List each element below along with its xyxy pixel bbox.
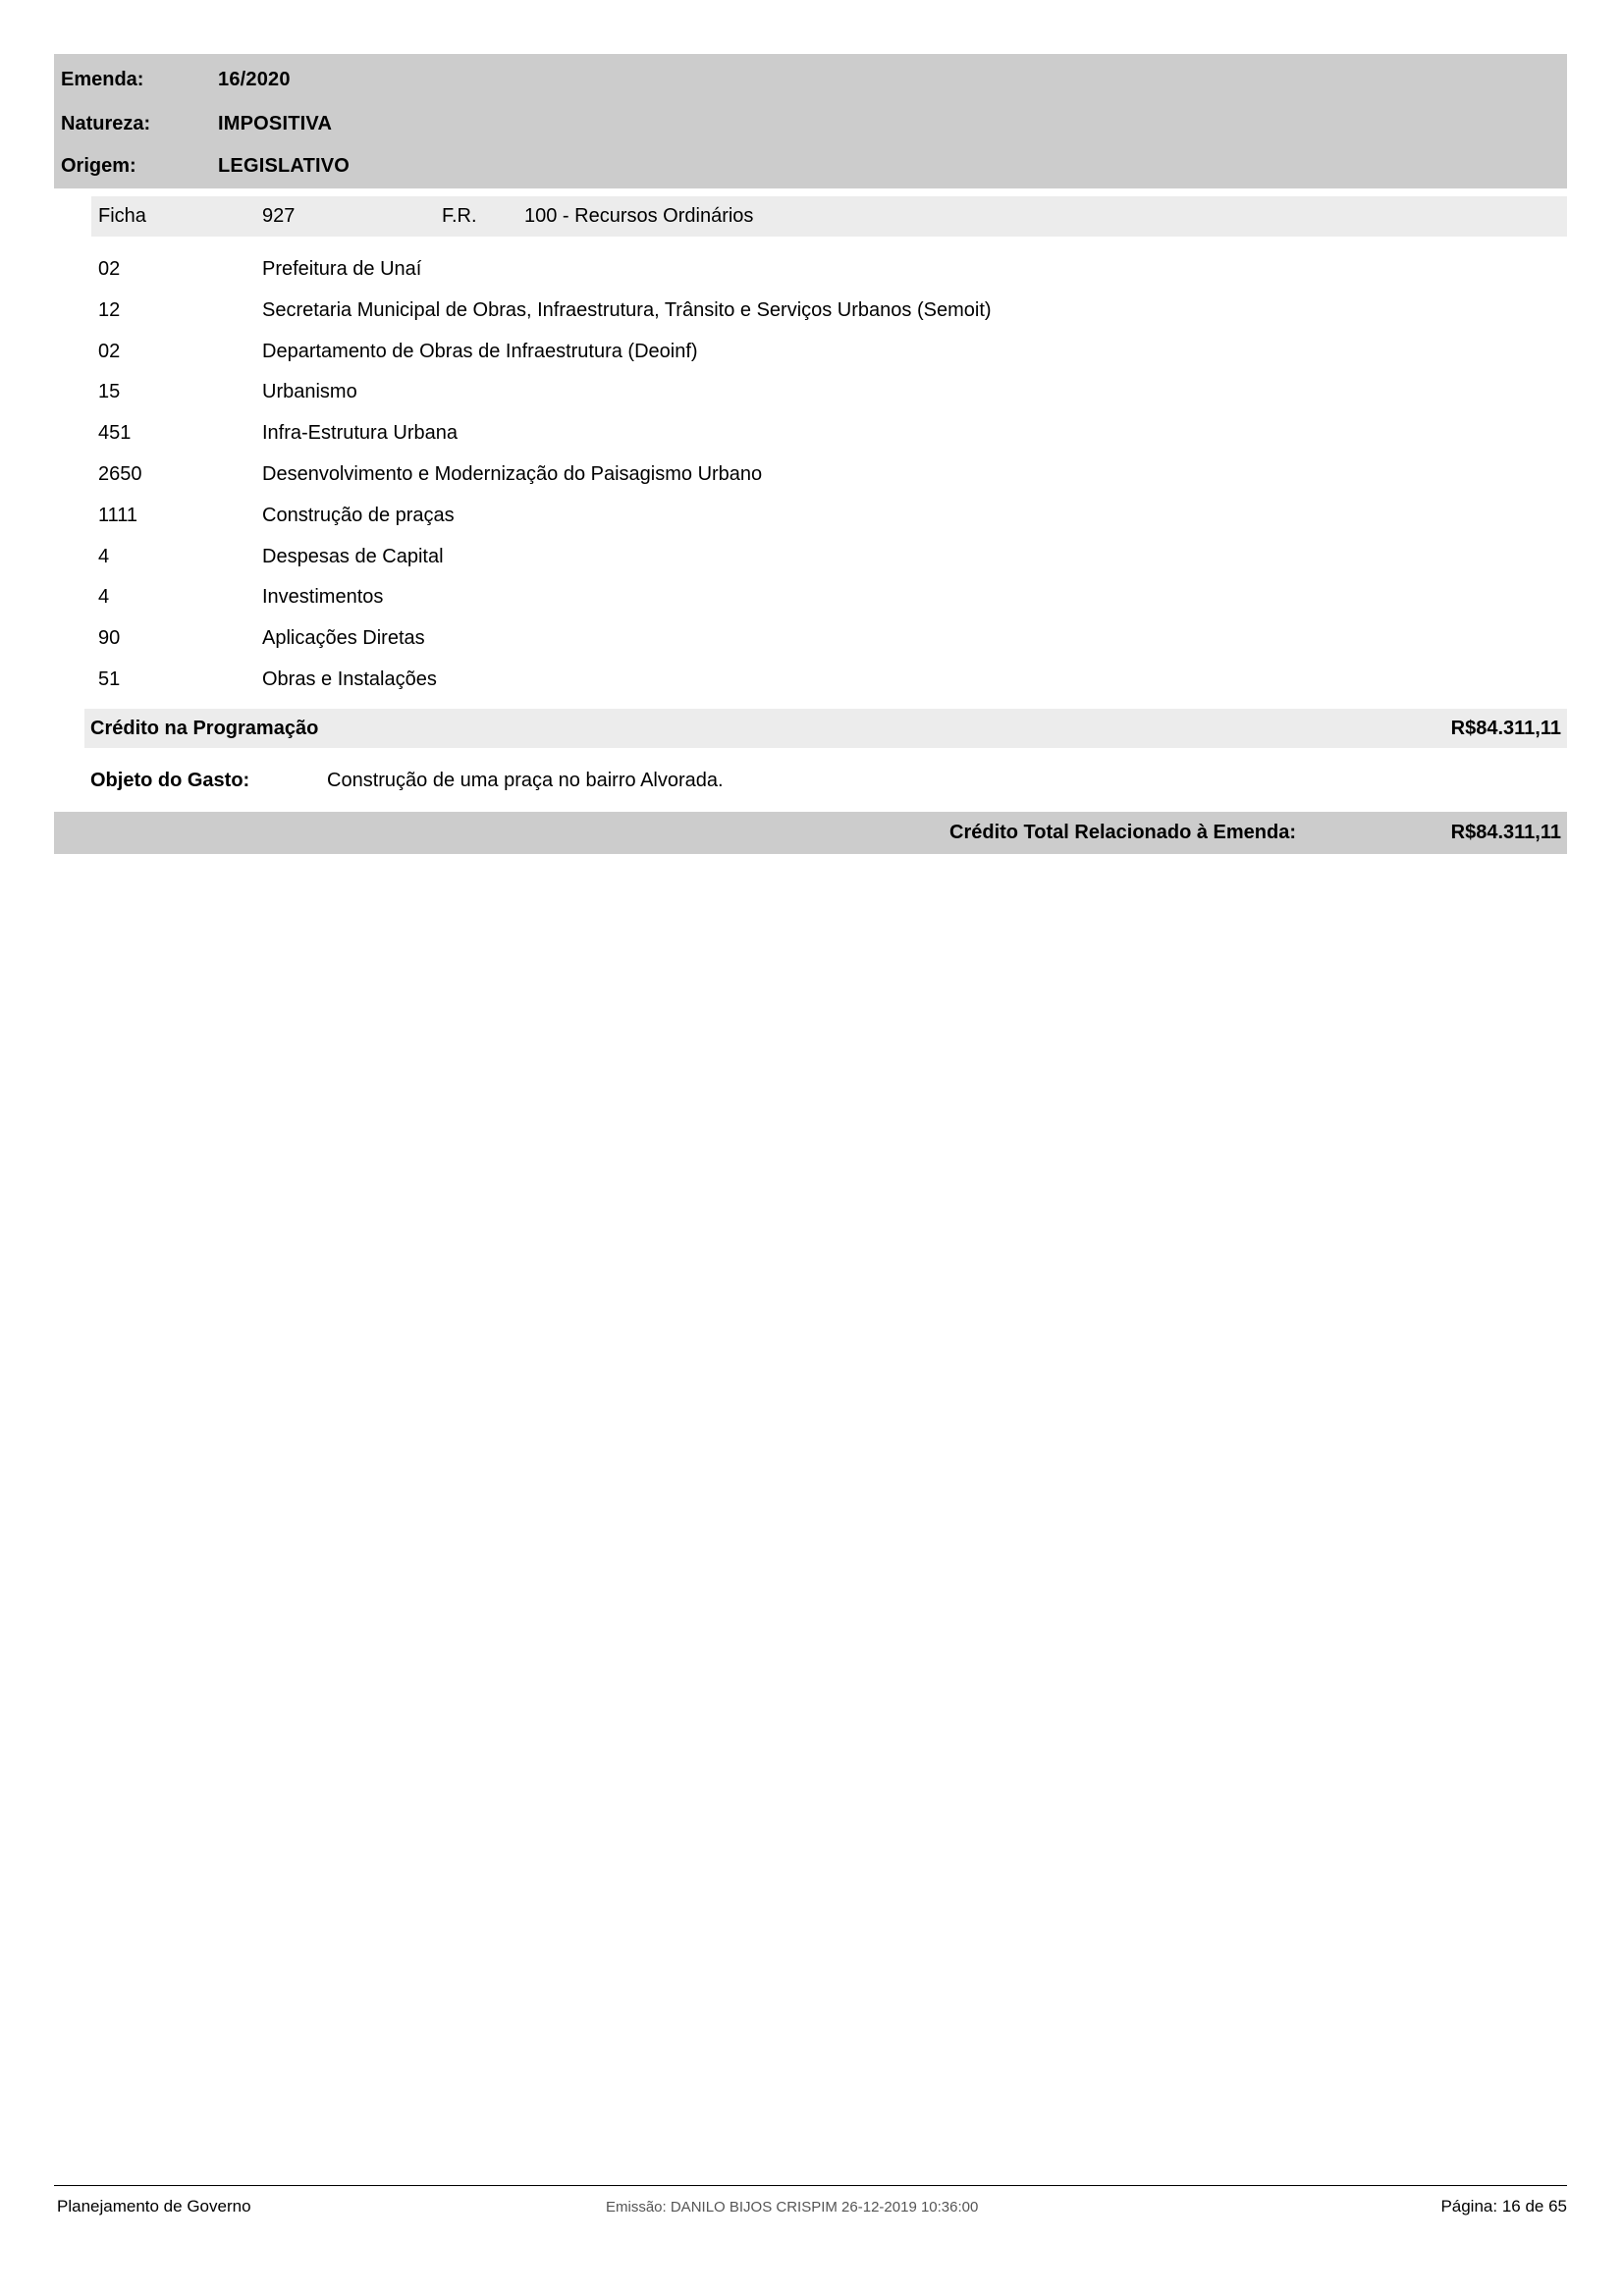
credit-row: Crédito na Programação R$84.311,11 [84, 709, 1567, 748]
classification-description: Secretaria Municipal de Obras, Infraestr… [262, 299, 992, 322]
ficha-row: Ficha 927 F.R. 100 - Recursos Ordinários [91, 196, 1567, 237]
footer-divider [54, 2185, 1567, 2186]
origem-label: Origem: [61, 155, 136, 178]
classification-code: 51 [98, 668, 120, 691]
credit-value: R$84.311,11 [1451, 718, 1561, 740]
classification-description: Infra-Estrutura Urbana [262, 422, 458, 445]
classification-code: 4 [98, 546, 109, 568]
objeto-value: Construção de uma praça no bairro Alvora… [327, 770, 724, 792]
classification-code: 1111 [98, 505, 137, 527]
credit-label: Crédito na Programação [90, 718, 318, 740]
classification-code: 02 [98, 341, 120, 363]
classification-description: Investimentos [262, 586, 383, 609]
emenda-label: Emenda: [61, 69, 143, 91]
classification-description: Urbanismo [262, 381, 357, 403]
footer-department: Planejamento de Governo [57, 2197, 251, 2216]
natureza-label: Natureza: [61, 113, 150, 135]
classification-code: 15 [98, 381, 120, 403]
classification-description: Prefeitura de Unaí [262, 258, 421, 281]
emenda-header: Emenda: 16/2020 Natureza: IMPOSITIVA Ori… [54, 54, 1567, 188]
total-bar: Crédito Total Relacionado à Emenda: R$84… [54, 812, 1567, 854]
total-value: R$84.311,11 [1451, 822, 1561, 844]
total-label: Crédito Total Relacionado à Emenda: [949, 822, 1296, 844]
classification-description: Construção de praças [262, 505, 455, 527]
classification-code: 02 [98, 258, 120, 281]
classification-description: Despesas de Capital [262, 546, 444, 568]
classification-code: 4 [98, 586, 109, 609]
natureza-value: IMPOSITIVA [218, 113, 332, 135]
ficha-number: 927 [262, 205, 295, 228]
objeto-label: Objeto do Gasto: [90, 770, 249, 792]
fr-value: 100 - Recursos Ordinários [524, 205, 753, 228]
emenda-value: 16/2020 [218, 69, 291, 91]
fr-label: F.R. [442, 205, 477, 228]
classification-code: 451 [98, 422, 131, 445]
classification-description: Departamento de Obras de Infraestrutura … [262, 341, 698, 363]
footer-page-number: Página: 16 de 65 [1440, 2197, 1567, 2216]
classification-code: 12 [98, 299, 120, 322]
origem-value: LEGISLATIVO [218, 155, 350, 178]
classification-description: Obras e Instalações [262, 668, 437, 691]
classification-code: 90 [98, 627, 120, 650]
classification-code: 2650 [98, 463, 142, 486]
classification-description: Aplicações Diretas [262, 627, 425, 650]
classification-description: Desenvolvimento e Modernização do Paisag… [262, 463, 762, 486]
ficha-label: Ficha [98, 205, 146, 228]
footer-emission: Emissão: DANILO BIJOS CRISPIM 26-12-2019… [606, 2199, 978, 2216]
